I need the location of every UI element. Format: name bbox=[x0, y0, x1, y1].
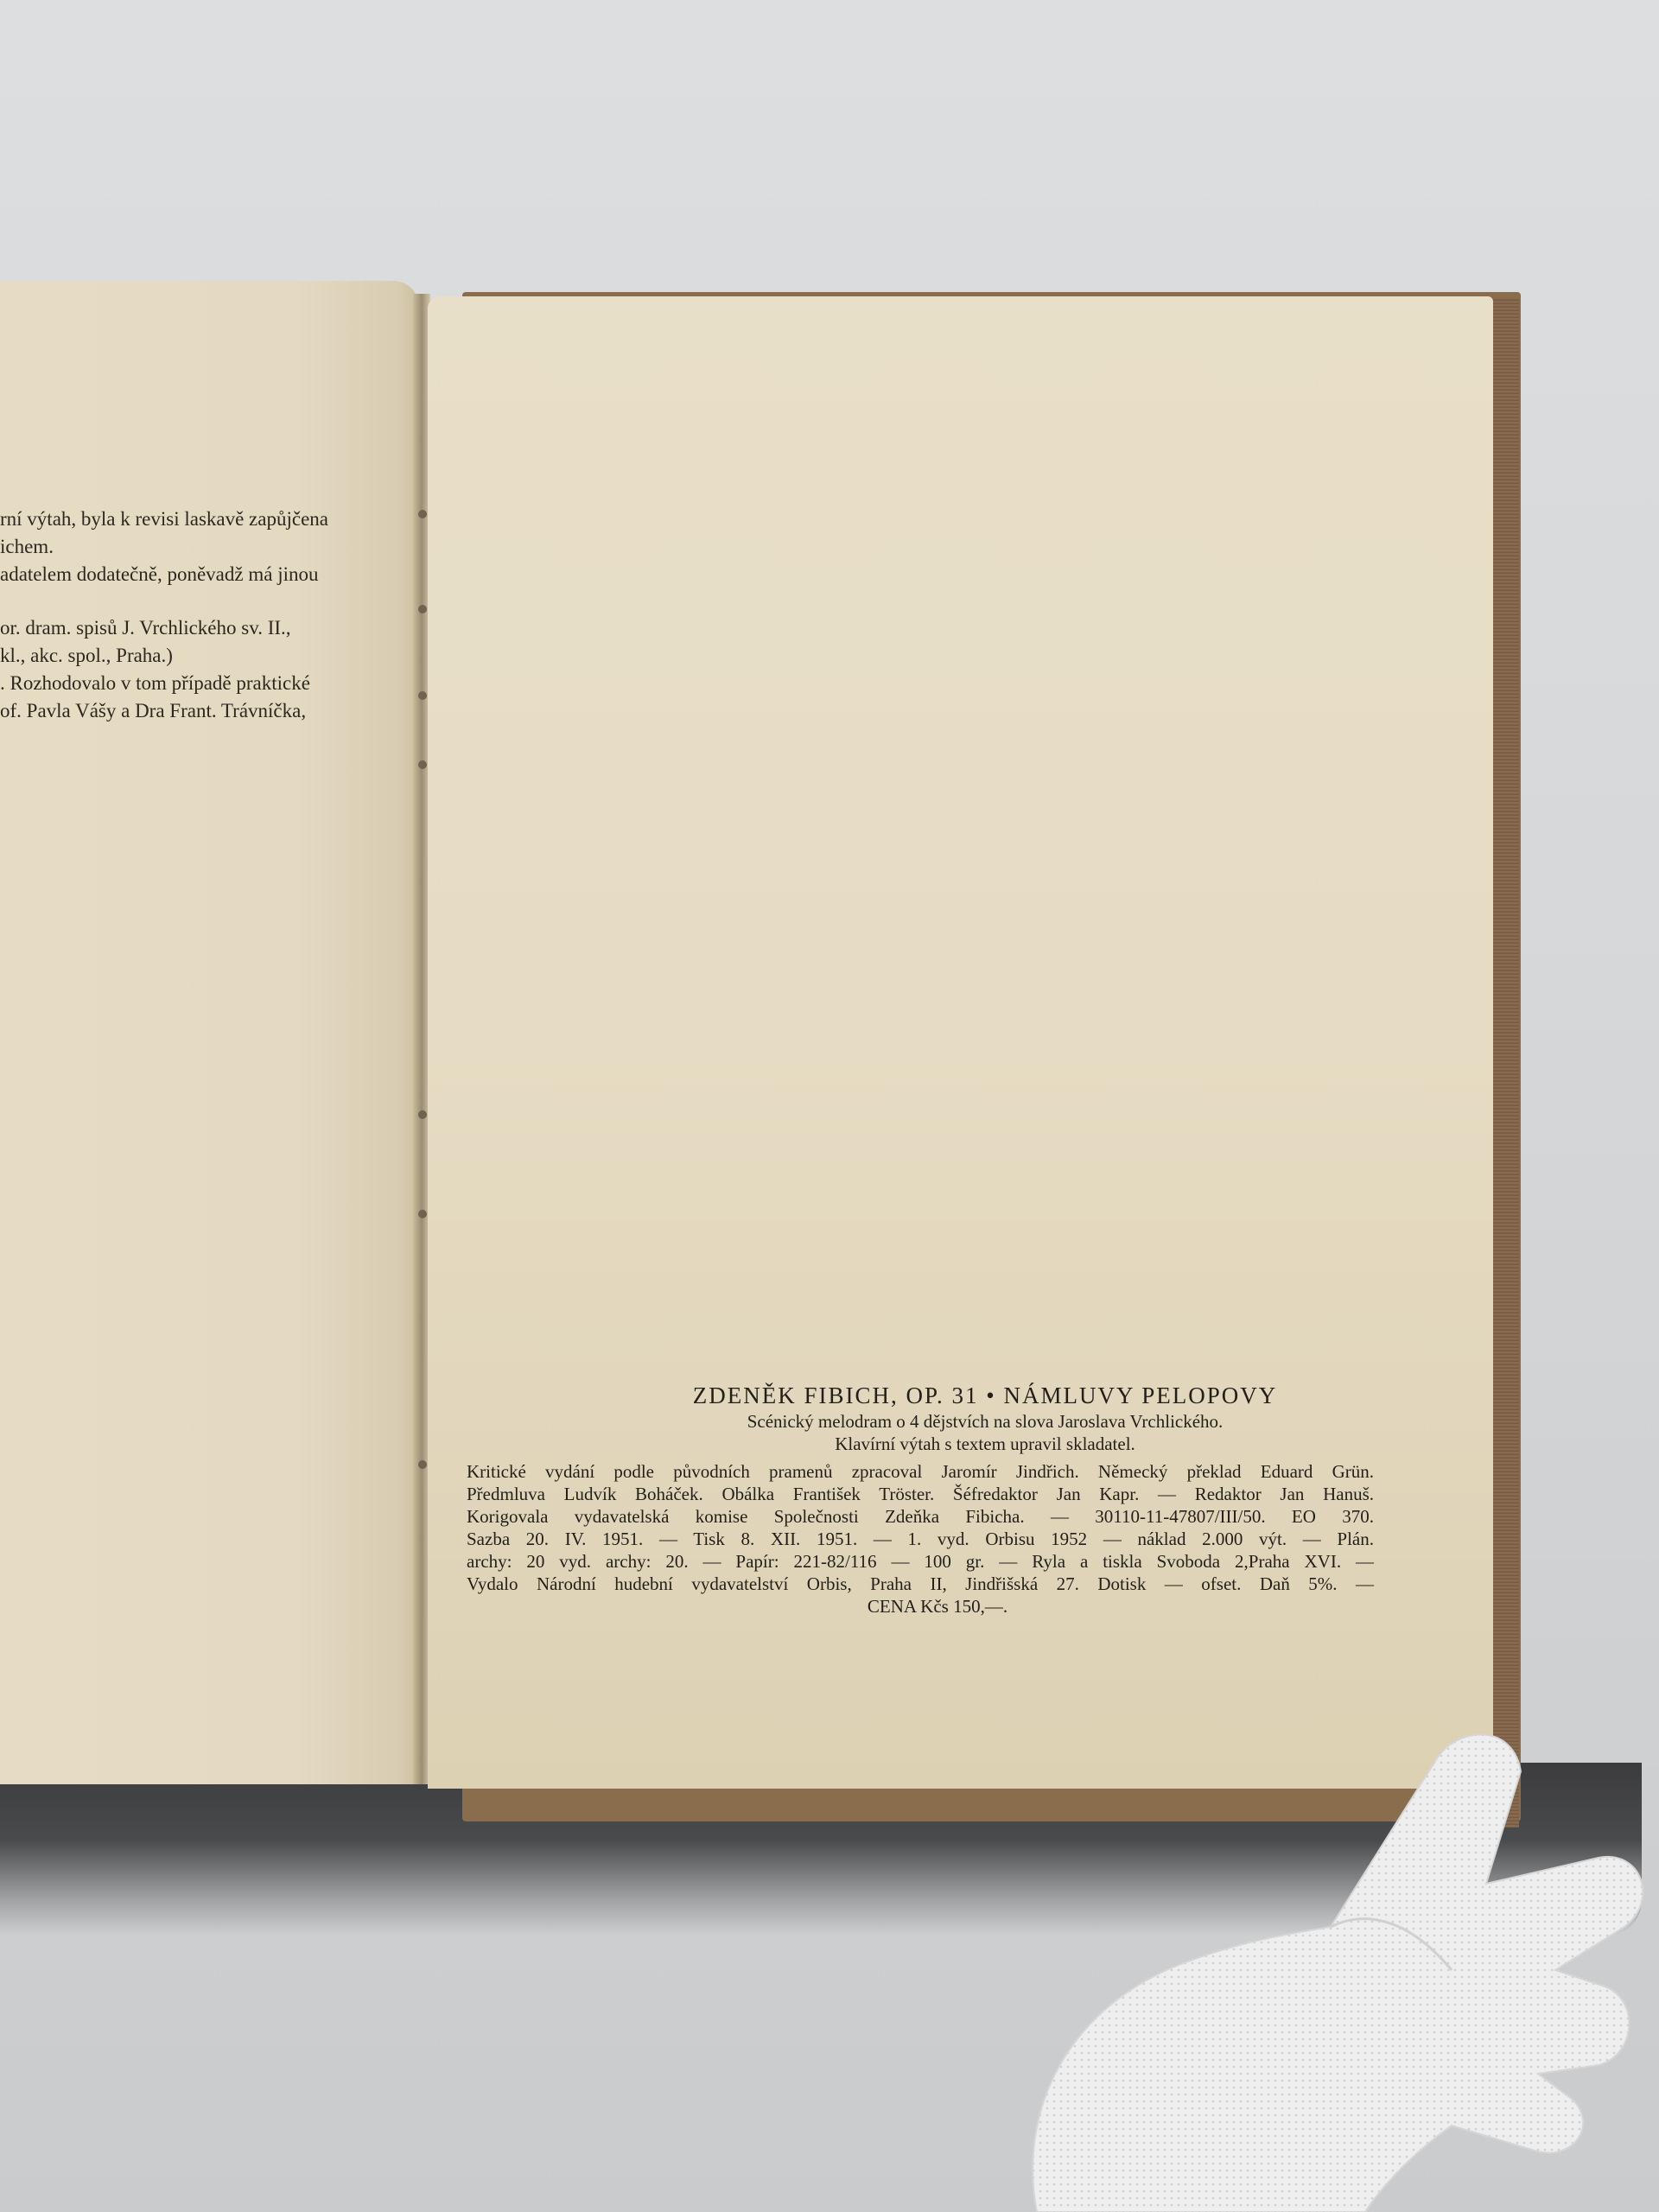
text-line: rní výtah, byla k revisi laskavě zapůjče… bbox=[0, 505, 346, 533]
cloth-binding-edge bbox=[1493, 298, 1519, 1827]
binding-stitch bbox=[418, 760, 427, 769]
binding-stitch bbox=[418, 691, 427, 700]
colophon-price: CENA Kčs 150,—. bbox=[501, 1595, 1374, 1618]
colophon-line: Sazba 20. IV. 1951. — Tisk 8. XII. 1951.… bbox=[467, 1528, 1374, 1550]
colophon-line: Kritické vydání podle původních pramenů … bbox=[467, 1460, 1374, 1483]
colophon-line: archy: 20 vyd. archy: 20. — Papír: 221-8… bbox=[467, 1550, 1374, 1573]
binding-stitch bbox=[418, 510, 427, 518]
left-page-text: rní výtah, byla k revisi laskavě zapůjče… bbox=[0, 505, 346, 725]
binding-stitch bbox=[418, 605, 427, 613]
binding-stitch bbox=[418, 1110, 427, 1119]
white-glove-hand bbox=[1002, 1711, 1659, 2212]
colophon: ZDENĚK FIBICH, OP. 31 • NÁMLUVY PELOPOVY… bbox=[467, 1381, 1374, 1618]
text-line: or. dram. spisů J. Vrchlického sv. II., bbox=[0, 614, 346, 642]
colophon-subtitle: Scénický melodram o 4 dějstvích na slova… bbox=[596, 1410, 1374, 1433]
binding-stitch bbox=[418, 1210, 427, 1218]
text-line: kl., akc. spol., Praha.) bbox=[0, 642, 346, 670]
text-line: adatelem dodatečně, poněvadž má jinou bbox=[0, 561, 346, 588]
colophon-line: Korigovala vydavatelská komise Společnos… bbox=[467, 1505, 1374, 1528]
colophon-line: Vydalo Národní hudební vydavatelství Orb… bbox=[467, 1573, 1374, 1595]
text-line: of. Pavla Vášy a Dra Frant. Trávníčka, bbox=[0, 697, 346, 725]
colophon-subtitle: Klavírní výtah s textem upravil skladate… bbox=[596, 1433, 1374, 1455]
colophon-line: Předmluva Ludvík Boháček. Obálka Františ… bbox=[467, 1483, 1374, 1505]
paragraph-gap bbox=[0, 588, 346, 614]
text-line: ichem. bbox=[0, 533, 346, 561]
colophon-title: ZDENĚK FIBICH, OP. 31 • NÁMLUVY PELOPOVY bbox=[596, 1381, 1374, 1410]
binding-stitch bbox=[418, 1460, 427, 1469]
text-line: . Rozhodovalo v tom případě praktické bbox=[0, 670, 346, 697]
